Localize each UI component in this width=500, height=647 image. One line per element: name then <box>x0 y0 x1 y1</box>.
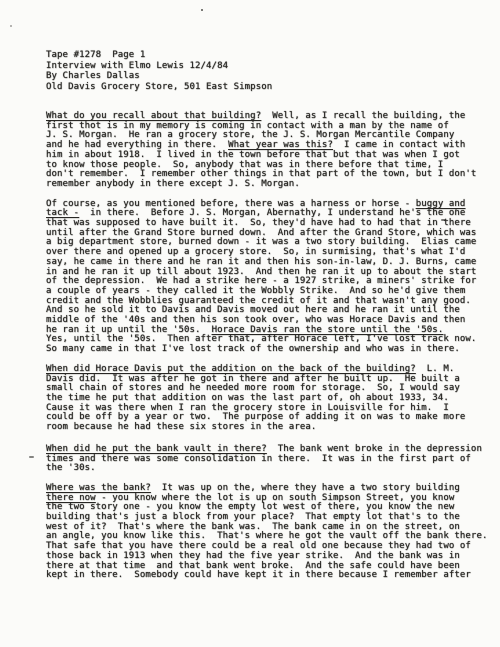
transcript-text: don't remember. I remember other things … <box>46 169 476 179</box>
underlined-question: tack - <box>46 208 79 218</box>
transcript-paragraph: When did Horace Davis put the addition o… <box>46 365 494 433</box>
transcript-text: It was up on the, where they have a two … <box>151 483 460 493</box>
transcript-text: That safe that you have there could be a… <box>46 541 471 551</box>
transcript-text: kept in there. Somebody could have kept … <box>46 570 471 580</box>
document-header: Tape #1278 Page 1Interview with Elmo Lew… <box>46 50 494 92</box>
transcript-text: could be off by a year or two. The purpo… <box>46 412 465 422</box>
transcript-text: over there and opened up a grocery store… <box>46 247 465 257</box>
scan-page: Tape #1278 Page 1Interview with Elmo Lew… <box>0 0 500 647</box>
transcript-text: a big department store, burned down - it… <box>46 237 476 247</box>
transcript-text: of the depression. We had a strike here … <box>46 276 476 286</box>
transcript-text: The bank went broke in the depression <box>267 444 482 454</box>
transcript-paragraph: What do you recall about that building? … <box>46 112 494 190</box>
transcript-text: Yes, until the '50s. Then after that, af… <box>46 334 476 344</box>
transcript-line: the '30s. <box>46 464 494 474</box>
transcript-line: room because he had these six stores in … <box>46 423 494 433</box>
transcript-paragraph: When did he put the bank vault in there?… <box>46 445 494 474</box>
transcript-line: remember anybody in there except J. S. M… <box>46 180 494 190</box>
transcript-text: those back in 1913 when they had the fiv… <box>46 551 460 561</box>
transcript: What do you recall about that building? … <box>46 112 494 581</box>
transcript-text: a couple of years - they called it the W… <box>46 286 465 296</box>
transcript-text: that was supposed to have built it. So, … <box>46 218 471 228</box>
transcript-text: building that's just a block from your p… <box>46 512 460 522</box>
scan-speck <box>201 9 203 11</box>
header-line: Old Davis Grocery Store, 501 East Simpso… <box>46 82 494 93</box>
underlined-question: Where was the bank? <box>46 483 151 493</box>
underlined-question: When did Horace Davis put the addition o… <box>46 364 416 374</box>
transcript-text: small chain of stores and he needed more… <box>46 383 460 393</box>
transcript-text: the time he put that addition on was the… <box>46 393 449 403</box>
transcript-text: and he had everything in there. <box>46 140 228 150</box>
transcript-text: remember anybody in there except J. S. M… <box>46 179 300 189</box>
underlined-question: What do you recall about that building? <box>46 111 261 121</box>
transcript-text: in there. Before J. S. Morgan, Abernathy… <box>79 208 465 218</box>
header-line: Tape #1278 Page 1 <box>46 50 494 61</box>
transcript-text: So many came in that I've lost track of … <box>46 344 460 354</box>
transcript-paragraph: Of course, as you mentioned before, ther… <box>46 200 494 355</box>
transcript-text: Well, as I recall the building, the <box>261 111 465 121</box>
transcript-text: And so he sold it to Davis and Davis mov… <box>46 305 460 315</box>
transcript-paragraph: Where was the bank? It was up on the, wh… <box>46 484 494 581</box>
transcript-text: the two story one - you know the empty l… <box>46 502 454 512</box>
transcript-text: I came in contact with <box>333 140 465 150</box>
transcript-line: times and there was some consolidation i… <box>46 455 494 465</box>
underlined-question: What year was this? <box>228 140 333 150</box>
transcript-text: J. S. Morgan. He ran a grocery store, th… <box>46 130 454 140</box>
transcript-text: middle of the '40s and then his son took… <box>46 315 465 325</box>
transcript-text: room because he had these six stores in … <box>46 422 316 432</box>
typewritten-document: Tape #1278 Page 1Interview with Elmo Lew… <box>46 50 494 591</box>
scanned-transcript-page: { "page": { "paper_color": "#fbfbf9", "i… <box>0 0 500 647</box>
transcript-text: the '30s. <box>46 463 96 473</box>
transcript-text: him in about 1918. I lived in the town b… <box>46 150 460 160</box>
underlined-question: When did he put the bank vault in there? <box>46 444 267 454</box>
transcript-text: times and there was some consolidation i… <box>46 454 471 464</box>
header-line: Interview with Elmo Lewis 12/4/84 <box>46 61 494 72</box>
scan-speck <box>10 25 12 27</box>
header-line: By Charles Dallas <box>46 71 494 82</box>
scan-speck <box>29 456 34 458</box>
transcript-text: L. M. <box>416 364 455 374</box>
transcript-line: So many came in that I've lost track of … <box>46 345 494 355</box>
transcript-line: kept in there. Somebody could have kept … <box>46 571 494 581</box>
transcript-text: an angle, you know like this. That's whe… <box>46 531 487 541</box>
transcript-text: say, he came in there and he ran it and … <box>46 257 476 267</box>
